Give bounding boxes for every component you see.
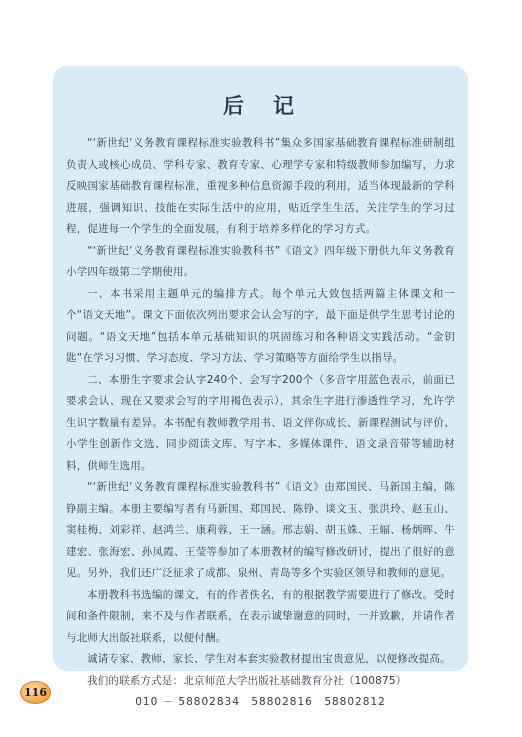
afterword-paragraph-characters: 二、本册生字要求会认字240个、会写字200个（多音字用蓝色表示，前面已要求会认…	[66, 370, 455, 478]
afterword-paragraph-structure: 一、本书采用主题单元的编排方式。每个单元大致包括两篇主体课文和一个“语文天地”。…	[66, 284, 455, 370]
page-number-badge: 116	[20, 681, 51, 704]
afterword-content: “‘新世纪’义务教育课程标准实验教科书”集众多国家基础教育课程标准研制组负责人或…	[66, 133, 455, 714]
afterword-paragraph-intro: “‘新世纪’义务教育课程标准实验教科书”集众多国家基础教育课程标准研制组负责人或…	[66, 133, 455, 241]
book-page: 后 记 “‘新世纪’义务教育课程标准实验教科书”集众多国家基础教育课程标准研制组…	[0, 0, 522, 737]
afterword-paragraph-apology: 本册教科书选编的课文，有的作者佚名，有的根据教学需要进行了修改。受时间和条件限制…	[66, 585, 455, 650]
afterword-paragraph-usage: “‘新世纪’义务教育课程标准实验教科书”《语文》四年级下册供九年义务教育小学四年…	[66, 241, 455, 284]
page-number: 116	[24, 686, 47, 699]
afterword-paragraph-editors: “‘新世纪’义务教育课程标准实验教科书”《语文》由郑国民、马新国主编，陈铮副主编…	[66, 477, 455, 585]
afterword-panel: 后 记 “‘新世纪’义务教育课程标准实验教科书”集众多国家基础教育课程标准研制组…	[53, 66, 468, 671]
afterword-paragraph-contact: 我们的联系方式是：北京师范大学出版社基础教育分社（100875）	[66, 671, 455, 693]
contact-phone-line: 010 － 58802834 58802816 58802812	[66, 692, 455, 714]
page-title: 后 记	[66, 90, 455, 120]
afterword-paragraph-feedback: 诚请专家、教师、家长、学生对本套实验教材提出宝贵意见，以便修改提高。	[66, 649, 455, 671]
